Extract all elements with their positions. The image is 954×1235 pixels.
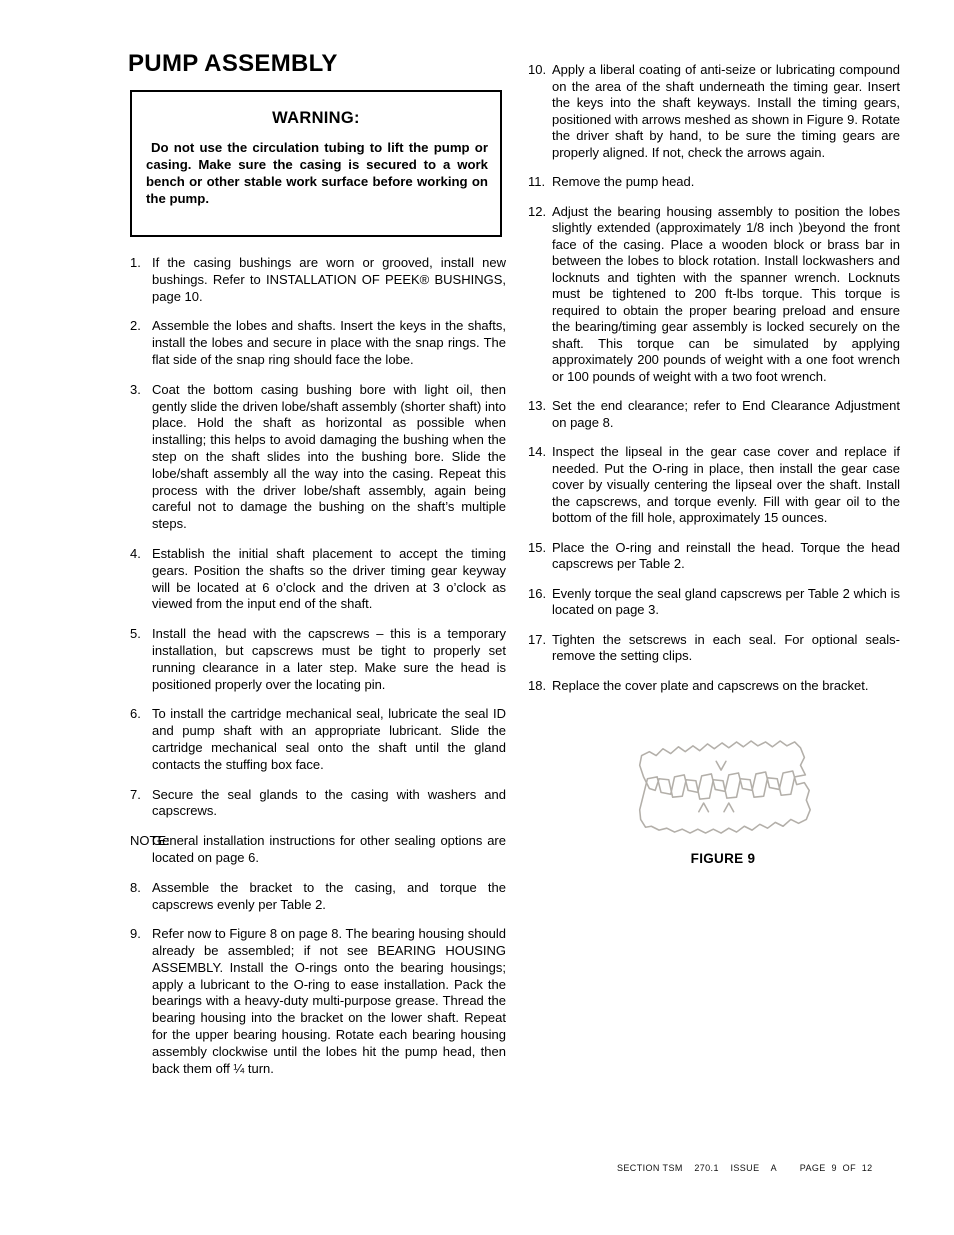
down-arrow-mark [716, 761, 726, 770]
left-column: 1. If the casing bushings are worn or gr… [130, 255, 506, 1090]
page-footer: SECTION TSM 270.1 ISSUE A PAGE 9 OF 12 [617, 1163, 873, 1173]
list-item-5: 5. Install the head with the capscrews –… [130, 626, 506, 693]
right-column: 10. Apply a liberal coating of anti-seiz… [528, 62, 900, 866]
list-item-number: 14. [528, 444, 546, 461]
list-item-13: 13. Set the end clearance; refer to End … [528, 398, 900, 431]
list-item-16: 16. Evenly torque the seal gland capscre… [528, 586, 900, 619]
list-item-number: 18. [528, 678, 546, 695]
list-item-number: 13. [528, 398, 546, 415]
list-item-text: Assemble the bracket to the casing, and … [152, 880, 506, 912]
list-item-number: 8. [130, 880, 141, 897]
list-item-text: Secure the seal glands to the casing wit… [152, 787, 506, 819]
list-item-8: 8. Assemble the bracket to the casing, a… [130, 880, 506, 914]
list-item-text: Tighten the setscrews in each seal. For … [552, 632, 900, 664]
footer-page-number: PAGE 9 OF 12 [800, 1163, 873, 1173]
list-item-text: Replace the cover plate and capscrews on… [552, 678, 869, 693]
list-item-text: Inspect the lipseal in the gear case cov… [552, 444, 900, 525]
list-item-text: Establish the initial shaft placement to… [152, 546, 506, 611]
list-item-number: 10. [528, 62, 546, 79]
figure-caption: FIGURE 9 [546, 851, 900, 866]
list-item-text: Assemble the lobes and shafts. Insert th… [152, 318, 506, 367]
list-item-number: 11. [528, 174, 545, 191]
list-item-text: Adjust the bearing housing assembly to p… [552, 204, 900, 384]
footer-spacer [777, 1163, 800, 1173]
list-item-number: 17. [528, 632, 546, 649]
page-title: PUMP ASSEMBLY [128, 50, 338, 78]
list-item-number: 4. [130, 546, 141, 563]
list-item-text: If the casing bushings are worn or groov… [152, 255, 506, 304]
note-label: NOTE: [130, 833, 170, 850]
list-item-2: 2. Assemble the lobes and shafts. Insert… [130, 318, 506, 368]
list-item-17: 17. Tighten the setscrews in each seal. … [528, 632, 900, 665]
list-item-number: 16. [528, 586, 546, 603]
list-item-18: 18. Replace the cover plate and capscrew… [528, 678, 900, 695]
list-item-number: 3. [130, 382, 141, 399]
list-item-text: Remove the pump head. [552, 174, 694, 189]
list-item-10: 10. Apply a liberal coating of anti-seiz… [528, 62, 900, 161]
list-item-9: 9. Refer now to Figure 8 on page 8. The … [130, 926, 506, 1077]
warning-heading: WARNING: [132, 109, 500, 128]
list-item-text: Evenly torque the seal gland capscrews p… [552, 586, 900, 618]
warning-body: Do not use the circulation tubing to lif… [132, 128, 500, 207]
list-item-number: 6. [130, 706, 141, 723]
list-item-text: Place the O-ring and reinstall the head.… [552, 540, 900, 572]
list-item-3: 3. Coat the bottom casing bushing bore w… [130, 382, 506, 533]
list-item-number: 5. [130, 626, 141, 643]
list-item-14: 14. Inspect the lipseal in the gear case… [528, 444, 900, 527]
warning-box: WARNING: Do not use the circulation tubi… [130, 90, 502, 237]
list-item-text: Coat the bottom casing bushing bore with… [152, 382, 506, 531]
list-item-11: 11. Remove the pump head. [528, 174, 900, 191]
list-item-text: To install the cartridge mechanical seal… [152, 706, 506, 771]
list-item-number: 1. [130, 255, 141, 272]
list-item-text: Apply a liberal coating of anti-seize or… [552, 62, 900, 160]
list-item-number: 12. [528, 204, 546, 221]
list-item-1: 1. If the casing bushings are worn or gr… [130, 255, 506, 305]
note-item: NOTE: General installation instructions … [130, 833, 506, 867]
figure-9: FIGURE 9 [528, 734, 900, 866]
list-item-text: Refer now to Figure 8 on page 8. The bea… [152, 926, 506, 1075]
up-arrow-mark-right [724, 803, 734, 812]
list-item-number: 15. [528, 540, 546, 557]
list-item-7: 7. Secure the seal glands to the casing … [130, 787, 506, 821]
list-item-15: 15. Place the O-ring and reinstall the h… [528, 540, 900, 573]
list-item-number: 7. [130, 787, 141, 804]
list-item-12: 12. Adjust the bearing housing assembly … [528, 204, 900, 386]
timing-gears-sketch [630, 734, 816, 841]
list-item-4: 4. Establish the initial shaft placement… [130, 546, 506, 613]
document-page: PUMP ASSEMBLY WARNING: Do not use the ci… [0, 0, 954, 1235]
list-item-number: 9. [130, 926, 141, 943]
list-item-text: Set the end clearance; refer to End Clea… [552, 398, 900, 430]
up-arrow-mark-left [699, 803, 709, 812]
list-item-6: 6. To install the cartridge mechanical s… [130, 706, 506, 773]
footer-section: SECTION TSM 270.1 ISSUE A [617, 1163, 777, 1173]
list-item-number: 2. [130, 318, 141, 335]
list-item-text: Install the head with the capscrews – th… [152, 626, 506, 691]
note-text: General installation instructions for ot… [152, 833, 506, 865]
